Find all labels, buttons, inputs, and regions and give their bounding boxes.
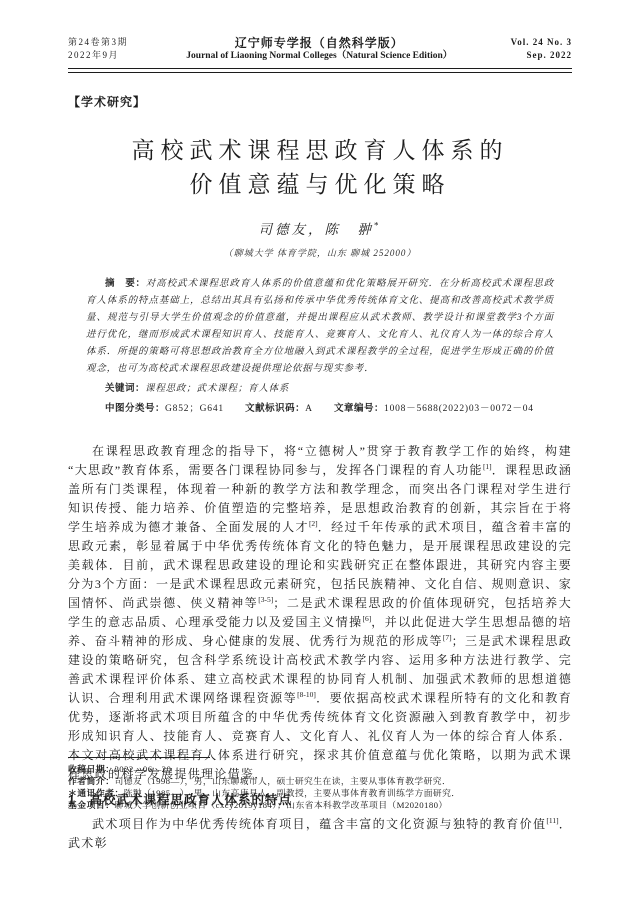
footnote-received-label: 收稿日期： [68, 764, 115, 774]
classification-line: 中图分类号：G852；G641 文献标识码：A 文章编号：1008－5688(2… [86, 400, 554, 418]
vol-no-en: Vol. 24 No. 3 [511, 36, 572, 49]
footnote-corresponding-author: ＊通讯作者：陈翀（1985—），男，山东高唐县人，副教授，主要从事体育教育训练学… [68, 787, 572, 799]
header-issue-info: 第24卷第3期 2022年9月 [68, 36, 128, 62]
footnote-received-date: 收稿日期：2022—06—20 [68, 763, 572, 775]
footnote-fund-project: 基金项目：聊城大学创新创业项目（cxcy2019y184）；山东省本科教学改革项… [68, 799, 572, 811]
body-paragraph-1: 在课程思政教育理念的指导下，将“立德树人”贯穿于教育教学工作的始终，构建“大思政… [68, 442, 572, 784]
footnote-divider-rule [68, 757, 210, 758]
footnote-received-text: 2022—06—20 [115, 764, 172, 774]
author-names: 司德友，陈 翀 [259, 222, 375, 237]
footnote-bio-text: 司德友（1998—），男，山东聊城市人，硕士研究生在读，主要从事体育教学研究． [115, 776, 452, 786]
journal-page: 第24卷第3期 2022年9月 辽宁师专学报（自然科学版） Journal of… [0, 0, 640, 905]
journal-header: 第24卷第3期 2022年9月 辽宁师专学报（自然科学版） Journal of… [68, 0, 572, 63]
article-id-segment: 文章编号：1008－5688(2022)03－0072－04 [334, 404, 534, 414]
footnote-fund-text: 聊城大学创新创业项目（cxcy2019y184）；山东省本科教学改革项目（M20… [115, 800, 448, 810]
abstract-paragraph: 摘 要：对高校武术课程思政育人体系的价值意蕴和优化策略展开研究．在分析高校武术课… [86, 275, 554, 378]
issue-volume-cn: 第24卷第3期 [68, 36, 128, 49]
keywords-label: 关键词： [105, 383, 145, 394]
article-id-label: 文章编号： [334, 403, 384, 414]
author-line: 司德友，陈 翀* [68, 218, 572, 238]
abstract-block: 摘 要：对高校武术课程思政育人体系的价值意蕴和优化策略展开研究．在分析高校武术课… [86, 275, 554, 418]
column-label: 【学术研究】 [68, 93, 572, 110]
doc-code-value: A [305, 404, 313, 414]
keywords-text: 课程思政；武术课程；育人体系 [145, 384, 289, 394]
article-title-line2: 价值意蕴与优化策略 [68, 168, 572, 202]
clc-value: G852；G641 [165, 404, 224, 414]
clc-segment: 中图分类号：G852；G641 [105, 404, 224, 414]
article-title: 高校武术课程思政育人体系的 价值意蕴与优化策略 [68, 134, 572, 202]
abstract-text: 对高校武术课程思政育人体系的价值意蕴和优化策略展开研究．在分析高校武术课程思政育… [86, 279, 554, 374]
body-paragraph-2: 武术项目作为中华优秀传统体育项目，蕴含丰富的文化资源与独特的教育价值[11]．武… [68, 815, 572, 853]
footnote-area: 收稿日期：2022—06—20 作者简介：司德友（1998—），男，山东聊城市人… [68, 757, 572, 811]
header-vol-info: Vol. 24 No. 3 Sep. 2022 [511, 36, 572, 62]
article-id-value: 1008－5688(2022)03－0072－04 [384, 404, 534, 414]
doc-code-label: 文献标识码： [245, 403, 305, 414]
doc-code-segment: 文献标识码：A [245, 404, 313, 414]
journal-title-block: 辽宁师专学报（自然科学版） Journal of Liaoning Normal… [128, 36, 511, 63]
article-title-line1: 高校武术课程思政育人体系的 [68, 134, 572, 168]
journal-title-cn: 辽宁师专学报（自然科学版） [128, 36, 511, 50]
corresponding-author-mark: * [374, 220, 382, 230]
issue-date-en: Sep. 2022 [511, 49, 572, 62]
keywords-line: 关键词：课程思政；武术课程；育人体系 [86, 380, 554, 398]
abstract-label: 摘 要： [105, 278, 146, 289]
footnote-fund-label: 基金项目： [68, 800, 115, 810]
clc-label: 中图分类号： [105, 403, 165, 414]
affiliation: （聊城大学 体育学院，山东 聊城 252000） [68, 246, 572, 259]
footnote-author-bio: 作者简介：司德友（1998—），男，山东聊城市人，硕士研究生在读，主要从事体育教… [68, 775, 572, 787]
footnote-corr-label: ＊通讯作者： [68, 788, 124, 798]
header-divider-rule [68, 68, 572, 73]
footnote-bio-label: 作者简介： [68, 776, 115, 786]
issue-date-cn: 2022年9月 [68, 49, 128, 62]
footnote-corr-text: 陈翀（1985—），男，山东高唐县人，副教授，主要从事体育教育训练学方面研究． [124, 788, 461, 798]
journal-title-en: Journal of Liaoning Normal Colleges（Natu… [128, 50, 511, 63]
